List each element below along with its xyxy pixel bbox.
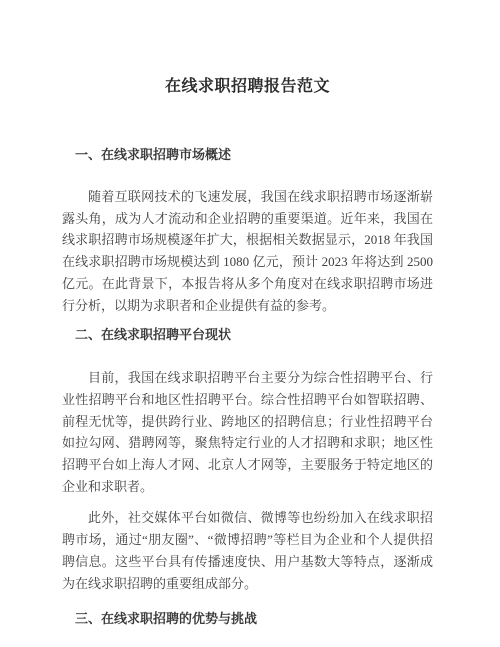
document-page: 在线求职招聘报告范文 一、在线求职招聘市场概述 随着互联网技术的飞速发展，我国在… xyxy=(0,0,500,647)
document-title: 在线求职招聘报告范文 xyxy=(62,76,433,98)
section-2-heading: 二、在线求职招聘平台现状 xyxy=(62,324,433,346)
section-1-heading: 一、在线求职招聘市场概述 xyxy=(62,144,433,166)
section-3-heading: 三、在线求职招聘的优势与挑战 xyxy=(62,608,433,630)
section-1-paragraph-1: 随着互联网技术的飞速发展，我国在线求职招聘市场逐渐崭露头角，成为人才流动和企业招… xyxy=(62,186,433,316)
section-2-paragraph-1: 目前，我国在线求职招聘平台主要分为综合性招聘平台、行业性招聘平台和地区性招聘平台… xyxy=(62,367,433,497)
section-2-paragraph-2: 此外，社交媒体平台如微信、微博等也纷纷加入在线求职招聘市场，通过“朋友圈”、“微… xyxy=(62,507,433,594)
